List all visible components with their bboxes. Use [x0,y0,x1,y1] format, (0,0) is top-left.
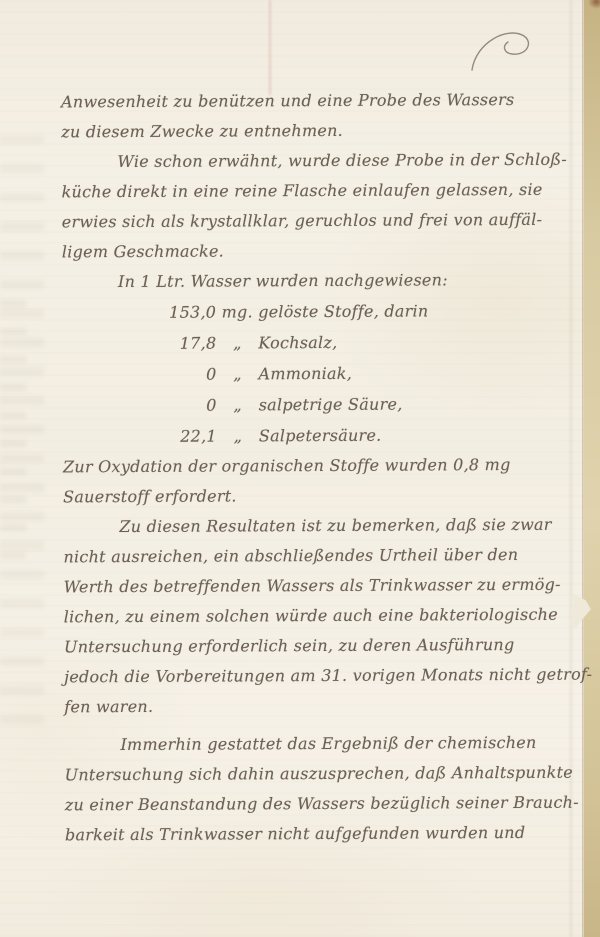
handwritten-line-text: Untersuchung erforderlich sein, zu deren… [64,635,515,656]
measurement-value: 17,8 [158,328,216,359]
measurement-value: 0 [159,390,217,421]
handwritten-line-text: Anwesenheit zu benützen und eine Probe d… [61,90,514,111]
measurement-row: 0 „ salpetrige Säure, [63,388,575,422]
handwritten-line: Immerhin gestattet das Ergebniß der chem… [64,728,576,761]
handwritten-line: Untersuchung erforderlich sein, zu deren… [64,630,576,663]
measurement-value: 22,1 [159,421,217,452]
handwritten-line: Untersuchung sich dahin auszusprechen, d… [65,758,577,791]
measurement-substance: salpetrige Säure, [259,389,403,421]
page-edge-strip [584,0,600,937]
handwritten-line: zu einer Beanstandung des Wassers bezügl… [65,788,577,821]
handwritten-line-text: küche direkt in eine reine Flasche einla… [62,180,543,202]
handwritten-line: Sauerstoff erfordert. [63,480,575,513]
handwritten-line: Werth des betreffenden Wassers als Trink… [64,570,576,603]
measurement-row: 22,1 „ Salpetersäure. [63,419,575,453]
handwritten-line: Zu diesen Resultaten ist zu bemerken, da… [63,510,575,543]
handwritten-line-text: In 1 Ltr. Wasser wurden nachgewiesen: [118,270,448,291]
measurement-unit: „ [217,420,259,451]
handwritten-line-text: Sauerstoff erfordert. [63,486,237,506]
corner-stain [588,0,600,9]
measurement-unit: „ [216,327,258,358]
handwritten-line-text: lichen, zu einem solchen würde auch eine… [64,605,558,627]
handwritten-line: ligem Geschmacke. [62,235,574,268]
handwritten-line: nicht ausreichen, ein abschließendes Urt… [63,540,575,573]
handwritten-line-text: Zur Oxydation der organischen Stoffe wur… [63,455,511,476]
measurement-unit: „ [216,358,258,389]
handwritten-line: Zur Oxydation der organischen Stoffe wur… [63,450,575,483]
ink-flourish [468,24,546,80]
handwritten-line-text: Werth des betreffenden Wassers als Trink… [64,575,561,597]
handwritten-line-text: barkeit als Trinkwasser nicht aufgefunde… [65,823,525,844]
bleedthrough-left-inner [0,300,26,560]
top-crease-mark [269,0,271,95]
measurement-value: 153,0 [158,297,216,328]
handwritten-line-text: Wie schon erwähnt, wurde diese Probe in … [117,150,567,171]
handwritten-line: zu diesem Zwecke zu entnehmen. [61,115,573,148]
handwritten-line-text: jedoch die Vorbereitungen am 31. vorigen… [64,665,592,687]
handwritten-line-text: zu einer Beanstandung des Wassers bezügl… [65,793,579,815]
handwritten-line-text: nicht ausreichen, ein abschließendes Urt… [63,545,518,566]
handwritten-line: Anwesenheit zu benützen und eine Probe d… [61,85,573,118]
measurement-value: 0 [158,359,216,390]
handwritten-line-text: erwies sich als krystallklar, geruchlos … [62,210,543,232]
measurement-list: 153,0 mg. gelöste Stoffe, darin 17,8 „ K… [62,295,575,453]
paragraphs-bottom: Zur Oxydation der organischen Stoffe wur… [63,450,577,851]
measurement-unit: „ [217,389,259,420]
handwritten-line-text: Immerhin gestattet das Ergebniß der chem… [120,733,536,754]
handwritten-line-text: ligem Geschmacke. [62,241,224,261]
handwritten-line-text: zu diesem Zwecke zu entnehmen. [61,121,343,141]
handwritten-line: lichen, zu einem solchen würde auch eine… [64,600,576,633]
scanned-manuscript-page: { "page": { "kind": "handwritten manuscr… [0,0,600,937]
document-text: Anwesenheit zu benützen und eine Probe d… [61,85,577,851]
handwritten-line: jedoch die Vorbereitungen am 31. vorigen… [64,660,576,693]
handwritten-line: küche direkt in eine reine Flasche einla… [61,175,573,208]
handwritten-line: Wie schon erwähnt, wurde diese Probe in … [61,145,573,178]
measurement-unit: mg. [216,296,258,327]
handwritten-line: In 1 Ltr. Wasser wurden nachgewiesen: [62,265,574,298]
measurement-substance: Kochsalz, [258,327,337,358]
measurement-substance: Ammoniak, [258,358,352,389]
measurement-substance: gelöste Stoffe, darin [258,295,428,327]
measurement-row: 153,0 mg. gelöste Stoffe, darin [62,295,574,329]
handwritten-line-text: Untersuchung sich dahin auszusprechen, d… [65,763,573,785]
handwritten-line: fen waren. [64,690,576,723]
measurement-row: 17,8 „ Kochsalz, [62,326,574,360]
handwritten-line: erwies sich als krystallklar, geruchlos … [62,205,574,238]
handwritten-line-text: Zu diesen Resultaten ist zu bemerken, da… [119,515,551,536]
handwritten-line-text: fen waren. [64,697,153,716]
measurement-substance: Salpetersäure. [259,420,382,452]
handwritten-line: barkeit als Trinkwasser nicht aufgefunde… [65,818,577,851]
paragraphs-top: Anwesenheit zu benützen und eine Probe d… [61,85,574,298]
measurement-row: 0 „ Ammoniak, [62,357,574,391]
